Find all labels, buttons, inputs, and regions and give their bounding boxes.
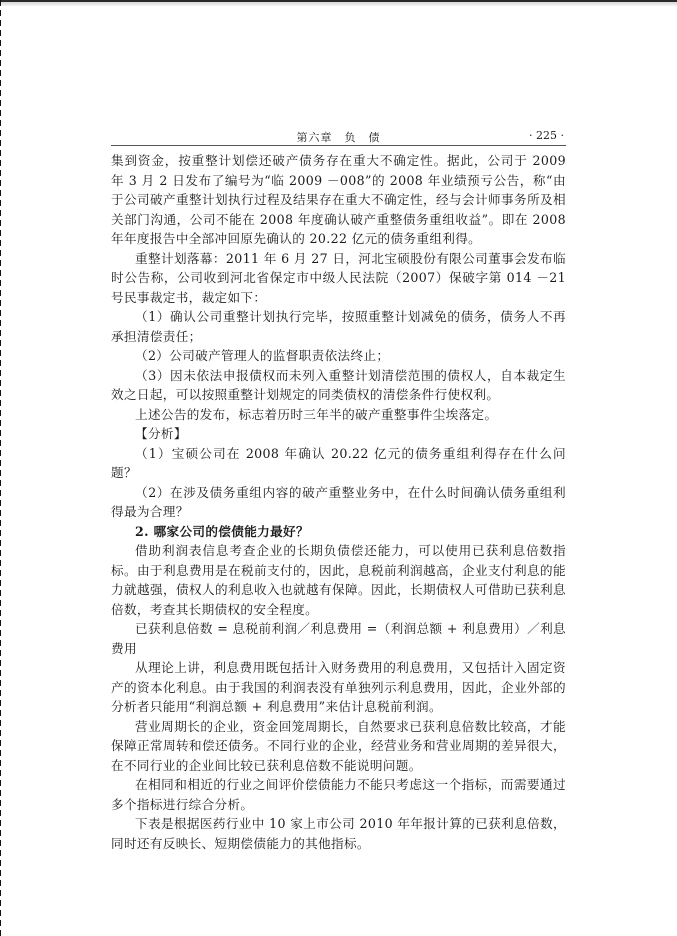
- paragraph-restructuring-end: 重整计划落幕：2011 年 6 月 27 日，河北宝硕股份有限公司董事会发布临时…: [111, 249, 566, 308]
- paragraph-operating-cycle: 营业周期长的企业，资金回笼周期长，自然要求已获利息倍数比较高，才能保障正常周转和…: [111, 717, 566, 776]
- analysis-question-2: （2）在涉及债务重组内容的破产重整业务中，在什么时间确认债务重组利得最为合理？: [111, 483, 566, 522]
- ruling-item-1: （1）确认公司重整计划执行完毕，按照重整计划减免的债务，债务人不再承担清偿责任；: [111, 307, 566, 346]
- paragraph-conclusion: 上述公告的发布，标志着历时三年半的破产重整事件尘埃落定。: [111, 405, 566, 425]
- analysis-question-1: （1）宝硕公司在 2008 年确认 20.22 亿元的债务重组利得存在什么问题？: [111, 444, 566, 483]
- body-text: 集到资金，按重整计划偿还破产债务存在重大不确定性。据此，公司于 2009 年 3…: [111, 151, 566, 853]
- formula-interest-coverage: 已获利息倍数 = 息税前利润／利息费用 =（利润总额 + 利息费用）／利息费用: [111, 619, 566, 658]
- header-rule: [111, 145, 566, 146]
- page-left-dashed-edge: [0, 0, 1, 936]
- paragraph-interest-expense-theory: 从理论上讲，利息费用既包括计入财务费用的利息费用，又包括计入固定资产的资本化利息…: [111, 658, 566, 717]
- ruling-item-3: （3）因未依法申报债权而未列入重整计划清偿范围的债权人，自本裁定生效之日起，可以…: [111, 366, 566, 405]
- paragraph-comprehensive-analysis: 在相同和相近的行业之间评价偿债能力不能只考虑这一个指标，而需要通过多个指标进行综…: [111, 775, 566, 814]
- analysis-heading: 【分析】: [111, 424, 566, 444]
- chapter-title: 第六章 负 债: [111, 129, 566, 145]
- section-heading-solvency: 2. 哪家公司的偿债能力最好？: [111, 522, 566, 542]
- paragraph-interest-coverage-intro: 借助利润表信息考查企业的长期负债偿还能力，可以使用已获利息倍数指标。由于利息费用…: [111, 541, 566, 619]
- ruling-item-2: （2）公司破产管理人的监督职责依法终止；: [111, 346, 566, 366]
- running-header: 第六章 负 债 · 225 ·: [111, 129, 566, 145]
- page-number: · 225 ·: [529, 129, 564, 142]
- viewer-top-shadow: [0, 2, 677, 6]
- paragraph-table-intro: 下表是根据医药行业中 10 家上市公司 2010 年年报计算的已获利息倍数，同时…: [111, 814, 566, 853]
- paragraph-bankruptcy-uncertainty: 集到资金，按重整计划偿还破产债务存在重大不确定性。据此，公司于 2009 年 3…: [111, 151, 566, 249]
